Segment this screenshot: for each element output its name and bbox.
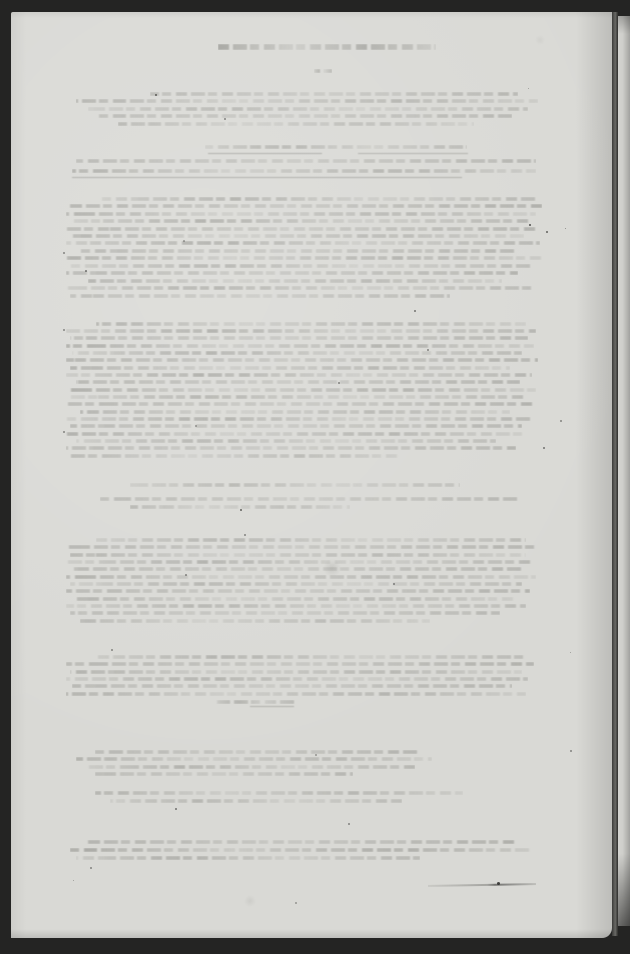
adjacent-sheet-edge <box>618 16 630 926</box>
scanner-background: { "scan": { "legibility": "illegible", "… <box>0 0 630 954</box>
document-page <box>11 12 612 938</box>
